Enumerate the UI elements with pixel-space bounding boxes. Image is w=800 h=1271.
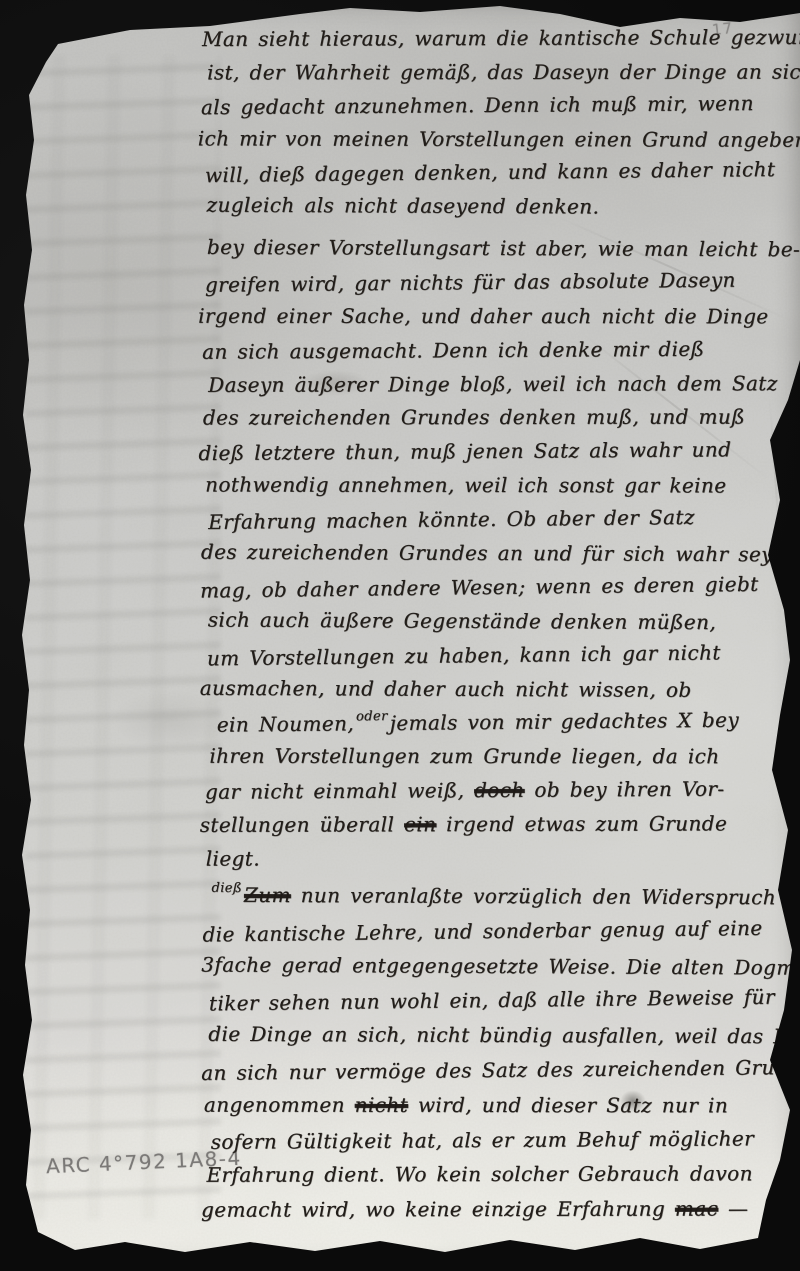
handwriting-text: ich mir von meinen Vorstellungen einen G… [198, 126, 800, 151]
struck-word: doch [474, 778, 525, 802]
handwriting-text: wird, und dieser Satz nur in [408, 1093, 728, 1117]
handwriting-text: irgend einer Sache, und daher auch nicht… [198, 304, 768, 328]
handwriting-text: ob bey ihren Vor- [524, 777, 724, 802]
manuscript-line: ich mir von meinen Vorstellungen einen G… [198, 122, 778, 157]
handwriting-text: ein Noumen, [217, 712, 355, 737]
handwriting-text: des zureichenden Grundes denken muß, und… [203, 405, 745, 430]
manuscript-line: dießZum nun veranlaßte vorzüglich den Wi… [209, 878, 789, 915]
manuscript-line: sich auch äußere Gegenstände denken müße… [208, 603, 788, 640]
handwriting-text: liegt. [206, 846, 260, 870]
handwriting-text: an sich nur vermöge des Satz des zureich… [201, 1055, 800, 1085]
manuscript-text: Man sieht hieraus, warum die kantische S… [202, 21, 786, 1228]
handwriting-text: greifen wird, gar nichts für das absolut… [205, 268, 736, 297]
manuscript-line: als gedacht anzunehmen. Denn ich muß mir… [201, 87, 781, 125]
struck-word: nicht [355, 1093, 408, 1117]
handwriting-text: Erfahrung machen könnte. Ob aber der Sat… [208, 505, 695, 534]
paragraph: dießZum nun veranlaßte vorzüglich den Wi… [205, 878, 786, 1228]
manuscript-line: dieß letztere thun, muß jenen Satz als w… [198, 433, 778, 471]
manuscript-line: des zureichenden Grundes denken muß, und… [203, 401, 783, 436]
handwriting-text: sofern Gültigkeit hat, als er zum Behuf … [211, 1126, 754, 1154]
manuscript-line: ein Noumen,oderjemals von mir gedachtes … [217, 704, 797, 743]
manuscript-line: um Vorstellungen zu haben, kann ich gar … [207, 635, 787, 676]
manuscript-line: gar nicht einmahl weiß, doch ob bey ihre… [205, 773, 785, 810]
manuscript-line: ihren Vorstellungen zum Grunde liegen, d… [209, 740, 789, 774]
handwriting-text: um Vorstellungen zu haben, kann ich gar … [207, 640, 721, 670]
manuscript-line: angenommen nicht wird, und dieser Satz n… [204, 1087, 784, 1123]
manuscript-line: liegt. [206, 841, 786, 876]
manuscript-line: Man sieht hieraus, warum die kantische S… [202, 21, 782, 57]
interlinear-insertion: oder [356, 712, 388, 722]
manuscript-line: die Dinge an sich, nicht bündig ausfalle… [208, 1017, 788, 1054]
handwriting-text: ihren Vorstellungen zum Grunde liegen, d… [209, 744, 719, 768]
handwriting-text: nothwendig annehmen, weil ich sonst gar … [205, 473, 726, 498]
handwriting-text: sich auch äußere Gegenstände denken müße… [208, 607, 716, 634]
handwriting-text: Man sieht hieraus, warum die kantische S… [202, 25, 800, 51]
handwriting-text: 3fache gerad entgegengesetzte Weise. Die… [201, 952, 800, 979]
handwriting-text: ausmachen, und daher auch nicht wissen, … [200, 675, 692, 701]
handwriting-text: jemals von mir gedachtes X bey [390, 708, 739, 735]
handwriting-text: gar nicht einmahl weiß, [205, 778, 474, 804]
handwriting-text: stellungen überall [200, 812, 404, 837]
handwriting-text: — [718, 1197, 748, 1221]
struck-word: Zum [244, 883, 291, 907]
struck-word: mac [675, 1197, 718, 1221]
manuscript-line: an sich ausgemacht. Denn ich denke mir d… [202, 332, 782, 369]
manuscript-line: an sich nur vermöge des Satz des zureich… [201, 1050, 781, 1091]
manuscript-line: tiker sehen nun wohl ein, daß alle ihre … [209, 980, 789, 1022]
manuscript-line: die kantische Lehre, und sonderbar genug… [202, 910, 782, 952]
interlinear-insertion: dieß [211, 884, 242, 894]
handwriting-text: dieß letztere thun, muß jenen Satz als w… [198, 438, 731, 466]
handwriting-text: Erfahrung dient. Wo kein solcher Gebrauc… [206, 1162, 752, 1187]
handwriting-text: nun veranlaßte vorzüglich den Widerspruc… [291, 883, 800, 909]
manuscript-line: Daseyn äußerer Dinge bloß, weil ich nach… [208, 367, 788, 403]
manuscript-page: 17 ARC 4°792 1A8-4 Man sieht hieraus, wa… [0, 0, 800, 1271]
manuscript-line: Erfahrung machen könnte. Ob aber der Sat… [208, 500, 788, 540]
manuscript-line: sofern Gültigkeit hat, als er zum Behuf … [211, 1121, 791, 1160]
handwriting-text: die Dinge an sich, nicht bündig ausfalle… [208, 1022, 800, 1049]
manuscript-line: irgend einer Sache, und daher auch nicht… [198, 300, 778, 334]
handwriting-text: als gedacht anzunehmen. Denn ich muß mir… [201, 91, 754, 119]
manuscript-line: bey dieser Vorstellungsart ist aber, wie… [207, 231, 787, 267]
handwriting-text: des zureichenden Grundes an und für sich… [201, 540, 786, 567]
manuscript-line: greifen wird, gar nichts für das absolut… [205, 263, 785, 302]
manuscript-line: 3fache gerad entgegengesetzte Weise. Die… [201, 947, 781, 985]
manuscript-line: mag, ob daher andere Wesen; wenn es dere… [200, 567, 780, 608]
scan-background: 17 ARC 4°792 1A8-4 Man sieht hieraus, wa… [0, 0, 800, 1271]
manuscript-line: nothwendig annehmen, weil ich sonst gar … [205, 469, 785, 504]
manuscript-line: ist, der Wahrheit gemäß, das Daseyn der … [207, 55, 787, 89]
handwriting-text: ist, der Wahrheit gemäß, das Daseyn der … [207, 59, 800, 84]
manuscript-line: ausmachen, und daher auch nicht wissen, … [200, 671, 780, 707]
handwriting-text: tiker sehen nun wohl ein, daß alle ihre … [209, 985, 775, 1016]
handwriting-text: irgend etwas zum Grunde [436, 811, 727, 836]
handwriting-text: die kantische Lehre, und sonderbar genug… [202, 915, 762, 946]
paragraph: bey dieser Vorstellungsart ist aber, wie… [203, 231, 785, 877]
manuscript-line: des zureichenden Grundes an und für sich… [201, 536, 781, 573]
manuscript-line: will, dieß dagegen denken, und kann es d… [205, 153, 785, 193]
handwriting-text: will, dieß dagegen denken, und kann es d… [205, 157, 776, 187]
struck-word: ein [404, 812, 436, 836]
manuscript-line: gemacht wird, wo keine einzige Erfahrung… [201, 1191, 781, 1227]
handwriting-text: mag, ob daher andere Wesen; wenn es dere… [200, 572, 759, 603]
manuscript-line: stellungen überall ein irgend etwas zum … [200, 807, 780, 843]
handwriting-text: angenommen [204, 1092, 355, 1116]
paragraph: Man sieht hieraus, warum die kantische S… [202, 21, 783, 224]
handwriting-text: gemacht wird, wo keine einzige Erfahrung [201, 1197, 675, 1222]
handwriting-text: an sich ausgemacht. Denn ich denke mir d… [202, 336, 704, 363]
handwriting-text: bey dieser Vorstellungsart ist aber, wie… [207, 235, 800, 261]
handwriting-text: Daseyn äußerer Dinge bloß, weil ich nach… [208, 371, 778, 397]
handwriting-text: zugleich als nicht daseyend denken. [206, 192, 599, 218]
manuscript-line: Erfahrung dient. Wo kein solcher Gebrauc… [206, 1157, 786, 1193]
manuscript-line: zugleich als nicht daseyend denken. [206, 188, 786, 224]
